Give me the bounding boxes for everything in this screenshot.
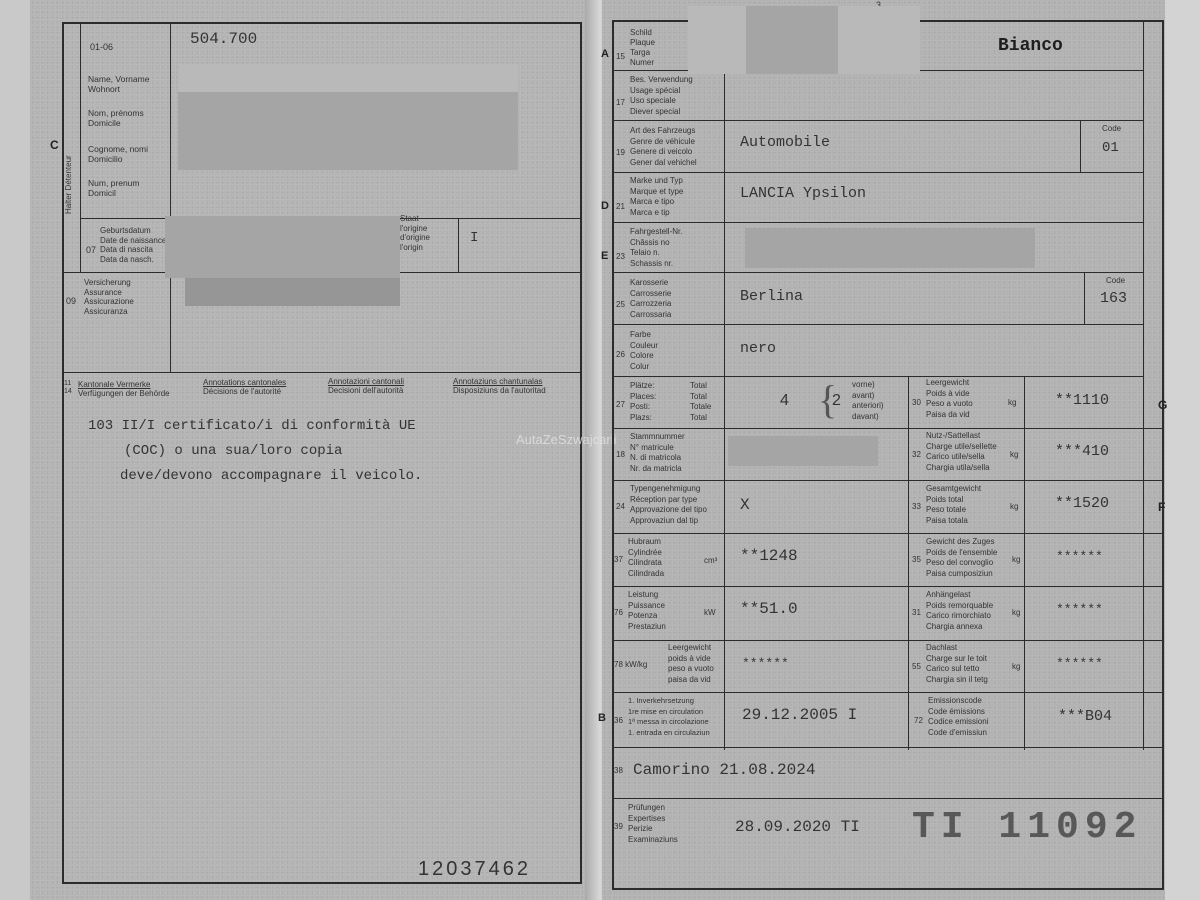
plate-color-value: Bianco — [998, 36, 1063, 56]
field-33-label: Gesamtgewicht Poids total Peso totale Pa… — [926, 484, 981, 526]
field-18-value-redacted — [728, 436, 878, 466]
section-letter-g: G — [1158, 398, 1167, 412]
holder-label-fr: Nom, prénoms Domicile — [88, 108, 144, 128]
header-line1: Kantonale Vermerke — [78, 380, 151, 389]
header-line1: Annotations cantonales — [203, 378, 286, 387]
field-19-value: Automobile — [740, 134, 830, 151]
field-32-unit: kg — [1010, 450, 1018, 459]
origin-value: I — [470, 230, 478, 246]
seats-total-value: 4 — [780, 392, 789, 410]
seats-front-value: 2 — [832, 392, 841, 410]
field-26-number: 26 — [616, 350, 625, 359]
header-line1: Annotazioni cantonali — [328, 377, 404, 386]
field-78-prefix: kW/kg — [625, 660, 647, 669]
holder-label-it: Cognome, nomi Domicilio — [88, 144, 148, 164]
field-55-unit: kg — [1012, 662, 1020, 671]
field-24-number: 24 — [616, 502, 625, 511]
divider — [612, 747, 1163, 748]
field-38-number: 38 — [614, 766, 623, 775]
section-letter-a: A — [601, 48, 609, 60]
field-39-value: 28.09.2020 TI — [735, 818, 860, 836]
divider — [612, 272, 1143, 273]
field-31-label: Anhängelast Poids remorquable Carico rim… — [926, 590, 993, 632]
divider — [612, 222, 1143, 223]
field-31-unit: kg — [1012, 608, 1020, 617]
field-72-label: Emissionscode Code émissions Codice emis… — [928, 696, 988, 738]
perforation-stamp: TI 11092 — [912, 806, 1142, 849]
field-01-06-value: 504.700 — [190, 30, 257, 48]
field-17-number: 17 — [616, 98, 625, 107]
field-23-value-redacted — [745, 228, 1035, 268]
header-line2: Disposiziuns da l'autoritad — [453, 386, 546, 395]
field-18-label: Stammnummer N° matricule N. di matricola… — [630, 432, 685, 474]
field-09-label: Versicherung Assurance Assicurazione Ass… — [84, 278, 134, 316]
field-07-label: Geburtsdatum Date de naissance Data di n… — [100, 226, 166, 264]
holder-label-rm: Num, prenum Domicil — [88, 178, 140, 198]
field-19-label: Art des Fahrzeugs Genre de véhicule Gene… — [630, 126, 697, 168]
field-72-value: ***B04 — [1058, 708, 1112, 725]
field-32-label: Nutz-/Sattellast Charge utile/sellette C… — [926, 431, 997, 473]
field-36-label: 1. Inverkehrsetzung 1re mise en circulat… — [628, 696, 710, 738]
field-14-number: 14 — [64, 388, 72, 395]
holder-vertical-label: Halter Détenteur — [64, 155, 73, 214]
field-76-number: 76 — [614, 608, 623, 617]
divider — [612, 480, 1163, 481]
field-09-number: 09 — [66, 296, 76, 306]
field-39-label: Prüfungen Expertises Perizie Examinaziun… — [628, 803, 678, 845]
field-24-label: Typengenehmigung Réception par type Appr… — [630, 484, 707, 526]
field-17-label: Bes. Verwendung Usage spécial Uso specia… — [630, 75, 693, 117]
field-25-label: Karosserie Carrosserie Carrozzeria Carro… — [630, 278, 671, 320]
field-72-number: 72 — [914, 716, 923, 725]
field-23-label: Fahrgestell-Nr. Châssis no Telaio n. Sch… — [630, 227, 682, 269]
annotation-header-it: Annotazioni cantonali Decisioni dell'aut… — [328, 377, 404, 395]
field-55-value: ****** — [1056, 656, 1103, 671]
field-25-code-value: 163 — [1100, 290, 1127, 307]
divider — [612, 586, 1163, 587]
field-01-06-number: 01-06 — [90, 42, 113, 52]
divider — [612, 120, 1143, 121]
plate-value-redacted — [746, 6, 838, 74]
seats-front-label: vorne) avant) anteriori) davant) — [852, 380, 884, 422]
field-27-label: Plätze: Places: Posti: Plazs: — [630, 381, 656, 423]
annotation-header-fr: Annotations cantonales Décisions de l'au… — [203, 378, 286, 396]
field-25-number: 25 — [616, 300, 625, 309]
field-78-label: Leergewicht poids à vide peso a vuoto pa… — [668, 643, 714, 685]
divider — [612, 798, 1163, 799]
divider — [612, 533, 1163, 534]
section-letter-d: D — [601, 200, 609, 212]
header-line2: Decisioni dell'autorità — [328, 386, 403, 395]
holder-label-de: Name, Vorname Wohnort — [88, 74, 149, 94]
divider — [612, 640, 1163, 641]
field-37-unit: cm³ — [704, 556, 717, 565]
field-25-value: Berlina — [740, 288, 803, 305]
field-76-unit: kW — [704, 608, 716, 617]
divider — [62, 372, 582, 373]
field-11-14-numbers: 11 14 — [64, 380, 72, 396]
field-76-label: Leistung Puissance Potenza Prestaziun — [628, 590, 666, 632]
field-35-unit: kg — [1012, 555, 1020, 564]
field-78-value: ****** — [742, 656, 789, 671]
annotation-text-line-2: (COC) o una sua/loro copia — [124, 443, 342, 459]
field-21-number: 21 — [616, 202, 625, 211]
header-line1: Annotaziuns chantunalas — [453, 377, 542, 386]
divider — [80, 22, 81, 272]
annotation-header-de: Kantonale Vermerke Verfügungen der Behör… — [78, 380, 170, 398]
divider — [1084, 272, 1085, 324]
field-38-value: Camorino 21.08.2024 — [633, 761, 815, 779]
section-letter-b: B — [598, 712, 606, 724]
divider — [612, 692, 1163, 693]
field-35-label: Gewicht des Zuges Poids de l'ensemble Pe… — [926, 537, 997, 579]
divider — [170, 22, 171, 372]
field-30-number: 30 — [912, 398, 921, 407]
divider — [908, 376, 909, 750]
field-18-number: 18 — [616, 450, 625, 459]
serial-number: 12037462 — [418, 858, 531, 881]
field-19-code-value: 01 — [1102, 140, 1119, 156]
section-letter-e: E — [601, 250, 608, 262]
header-line2: Verfügungen der Behörde — [78, 389, 170, 398]
divider — [458, 218, 459, 272]
field-36-number: 36 — [614, 716, 623, 725]
field-21-label: Marke und Typ Marque et type Marca e tip… — [630, 176, 683, 218]
annotation-text-line-1: 103 II/I certificato/i di conformità UE — [88, 418, 416, 434]
field-31-number: 31 — [912, 608, 921, 617]
field-35-number: 35 — [912, 555, 921, 564]
field-30-value: **1110 — [1055, 392, 1109, 409]
field-30-label: Leergewicht Poids à vide Peso a vuoto Pa… — [926, 378, 973, 420]
field-19-code-label: Code — [1102, 124, 1121, 134]
field-19-number: 19 — [616, 148, 625, 157]
field-07-number: 07 — [86, 245, 96, 255]
annotation-text-line-3: deve/devono accompagnare il veicolo. — [120, 468, 422, 484]
field-55-number: 55 — [912, 662, 921, 671]
field-33-number: 33 — [912, 502, 921, 511]
field-15-number: 15 — [616, 52, 625, 61]
field-23-number: 23 — [616, 252, 625, 261]
field-30-unit: kg — [1008, 398, 1016, 407]
watermark: AutaZeSzwajcarii — [516, 432, 616, 447]
field-25-code-label: Code — [1106, 276, 1125, 286]
background-edge — [1165, 0, 1200, 900]
header-line2: Décisions de l'autorité — [203, 387, 281, 396]
field-55-label: Dachlast Charge sur le toit Carico sul t… — [926, 643, 988, 685]
annotation-header-rm: Annotaziuns chantunalas Disposiziuns da … — [453, 377, 546, 395]
divider — [612, 324, 1143, 325]
holder-value-redacted — [178, 64, 518, 92]
field-33-unit: kg — [1010, 502, 1018, 511]
field-31-value: ****** — [1056, 602, 1103, 617]
field-32-number: 32 — [912, 450, 921, 459]
field-78-num: 78 — [614, 660, 623, 669]
field-76-value: **51.0 — [740, 600, 798, 618]
field-36-value: 29.12.2005 I — [742, 706, 857, 724]
field-78-number: 78 kW/kg — [614, 660, 647, 669]
field-07-value-redacted — [165, 216, 400, 278]
field-24-value: X — [740, 496, 750, 514]
divider — [612, 172, 1143, 173]
section-letter-c: C — [50, 138, 59, 152]
field-26-value: nero — [740, 340, 776, 357]
field-33-value: **1520 — [1055, 495, 1109, 512]
field-27-total-label: Total Total Totale Total — [690, 381, 711, 423]
field-37-value: **1248 — [740, 547, 798, 565]
origin-label: Staat l'origine d'origine l'origin — [400, 214, 430, 252]
field-32-value: ***410 — [1055, 443, 1109, 460]
field-21-value: LANCIA Ypsilon — [740, 185, 866, 202]
field-26-label: Farbe Couleur Colore Colur — [630, 330, 658, 372]
divider — [1080, 120, 1081, 172]
field-27-number: 27 — [616, 400, 625, 409]
field-09-value-redacted — [185, 278, 400, 306]
field-39-number: 39 — [614, 822, 623, 831]
divider — [612, 428, 1163, 429]
field-15-label: Schild Plaque Targa Numer — [630, 28, 655, 68]
field-35-value: ****** — [1056, 549, 1103, 564]
field-37-label: Hubraum Cylindrée Cilindrata Cilindrada — [628, 537, 664, 579]
divider — [1024, 376, 1025, 750]
section-letter-f: F — [1158, 500, 1165, 514]
field-11-number: 11 — [64, 380, 71, 387]
divider — [612, 376, 1143, 377]
field-37-number: 37 — [614, 555, 623, 564]
